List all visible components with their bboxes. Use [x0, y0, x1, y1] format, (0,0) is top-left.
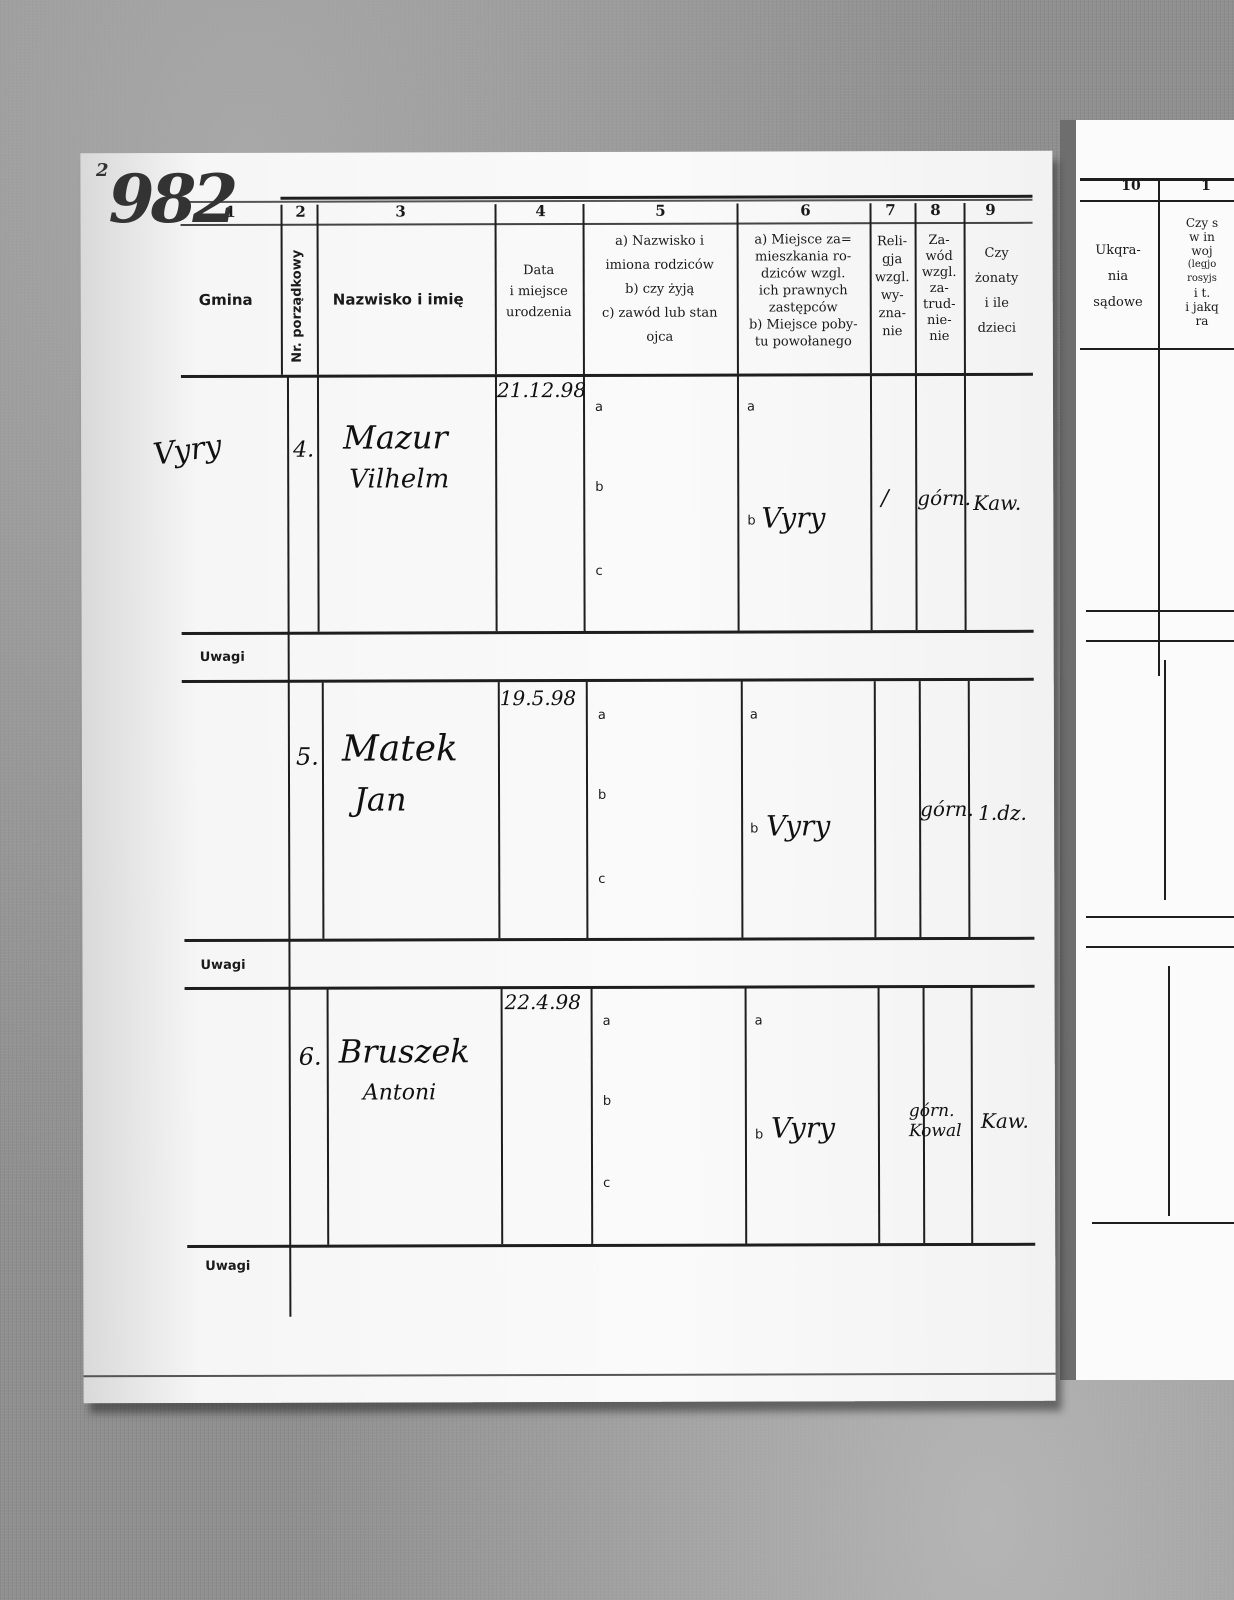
birth-date-value: 21.12.98 — [497, 378, 586, 402]
col-9-header: Czy żonaty i ile dzieci — [964, 241, 1030, 341]
remarks-label: Uwagi — [200, 650, 245, 665]
rule — [1086, 610, 1234, 612]
divider — [586, 682, 589, 938]
divider — [971, 987, 974, 1243]
rule — [1158, 180, 1160, 676]
sheet-number-stamp: 2982 — [96, 160, 234, 238]
birth-date-value: 19.5.98 — [500, 686, 576, 710]
col-2-number: 2 — [285, 203, 315, 221]
divider — [870, 375, 873, 630]
divider — [281, 205, 283, 375]
entry-row: 5. Matek Jan 19.5.98 a b c a b Vyry górn… — [80, 151, 1052, 154]
occupation-value: górn. — [920, 797, 974, 821]
rule — [1092, 1222, 1234, 1224]
col-6-number: 6 — [785, 201, 825, 219]
col-7-number: 7 — [875, 201, 905, 219]
divider — [501, 988, 504, 1244]
divider — [317, 205, 319, 375]
divider — [495, 376, 498, 631]
divider — [878, 987, 881, 1243]
marker-b: b — [750, 822, 758, 837]
col-8-header: Za- wód wzgl. za- trud- nie- nie — [915, 233, 964, 345]
rule — [1164, 660, 1166, 900]
rule — [1086, 640, 1234, 642]
marker-c: c — [595, 564, 602, 579]
surname-value: Matek — [342, 728, 458, 769]
col-11-number: 1 — [1186, 178, 1226, 194]
nr-value: 5. — [296, 743, 319, 771]
marital-value: 1.dz. — [978, 801, 1027, 825]
col-11-header: Czy s w in woj (legjo rosyjs i t. i jakq… — [1162, 216, 1234, 328]
marker-a: a — [747, 400, 755, 415]
remarks-label: Uwagi — [200, 958, 245, 973]
given-name-value: Antoni — [363, 1080, 436, 1105]
divider — [498, 682, 501, 938]
marital-value: Kaw. — [981, 1109, 1029, 1133]
col-5-header: a) Nazwisko i imiona rodziców b) czy żyj… — [583, 230, 737, 350]
rule — [1086, 916, 1234, 918]
residence-value: Vyry — [766, 809, 830, 842]
col-8-number: 8 — [920, 201, 950, 219]
marker-a: a — [603, 1014, 611, 1029]
marker-c: c — [603, 1176, 610, 1191]
col-10-number: 10 — [1096, 178, 1166, 194]
marker-c: c — [598, 872, 605, 887]
col-3-number: 3 — [380, 202, 420, 220]
col-3-header: Nazwisko i imię — [333, 290, 464, 308]
religion-value: / — [881, 486, 888, 511]
entry-row: Vyry 4. Mazur Vilhelm 21.12.98 a b c a b… — [80, 151, 1052, 154]
row-rule — [184, 937, 1034, 942]
row-rule — [182, 678, 1034, 683]
row-rule — [185, 985, 1035, 990]
given-name-value: Vilhelm — [349, 464, 449, 494]
row-rule — [187, 1243, 1035, 1248]
registry-form-page: 1 2 3 4 5 6 7 8 9 Gmina Nr. porządkowy N… — [80, 151, 1055, 1404]
page-edge — [84, 1373, 1056, 1378]
row-rule — [182, 630, 1034, 635]
marker-b: b — [755, 1127, 763, 1142]
residence-value: Vyry — [771, 1111, 835, 1144]
col-4-header: Data i miejsce urodzenia — [495, 260, 583, 323]
marker-b: b — [603, 1094, 611, 1109]
gmina-value: Vyry — [151, 428, 224, 472]
marker-b: b — [598, 788, 606, 803]
divider — [317, 377, 320, 632]
numbers-rule — [181, 222, 1033, 226]
surname-value: Mazur — [343, 418, 448, 456]
col-10-header: Ukqra- nia sądowe — [1080, 238, 1156, 316]
col-4-number: 4 — [520, 202, 560, 220]
marker-b: b — [595, 480, 603, 495]
marker-a: a — [750, 708, 758, 723]
col-5-number: 5 — [640, 202, 680, 220]
marker-b: b — [747, 514, 755, 529]
rule — [1080, 348, 1234, 350]
remarks-divider — [287, 377, 291, 1317]
marker-a: a — [755, 1013, 763, 1028]
header-bottom-rule — [181, 373, 1033, 378]
marital-value: Kaw. — [973, 491, 1021, 515]
nr-value: 6. — [299, 1043, 322, 1071]
rule — [1168, 966, 1170, 1216]
entry-row: 6. Bruszek Antoni 22.4.98 a b c a b Vyry… — [80, 151, 1052, 154]
divider — [741, 682, 744, 938]
rule — [1086, 946, 1234, 948]
surname-value: Bruszek — [339, 1032, 470, 1070]
occupation-value: górn. Kowal — [909, 1101, 969, 1141]
divider — [583, 376, 586, 631]
birth-date-value: 22.4.98 — [505, 990, 581, 1014]
col-1-header: Gmina — [199, 291, 253, 309]
col-2-header: Nr. porządkowy — [290, 250, 305, 363]
marker-a: a — [595, 400, 603, 415]
nr-value: 4. — [293, 438, 314, 463]
divider — [745, 988, 748, 1244]
residence-value: Vyry — [761, 501, 825, 534]
divider — [874, 681, 877, 937]
divider — [737, 376, 740, 631]
adjacent-page: 10 1 Ukqra- nia sądowe Czy s w in woj (l… — [1060, 120, 1234, 1380]
occupation-value: górn. — [917, 486, 971, 510]
divider — [327, 989, 330, 1245]
col-6-header: a) Miejsce za= mieszkania ro- dziców wzg… — [737, 231, 870, 350]
remarks-label: Uwagi — [205, 1259, 250, 1274]
col-7-header: Reli- gja wzgl. wy- zna- nie — [870, 233, 915, 341]
divider — [591, 988, 594, 1244]
given-name-value: Jan — [354, 780, 407, 818]
divider — [322, 683, 325, 939]
col-9-number: 9 — [970, 201, 1010, 219]
rule — [1080, 200, 1234, 202]
marker-a: a — [598, 708, 606, 723]
